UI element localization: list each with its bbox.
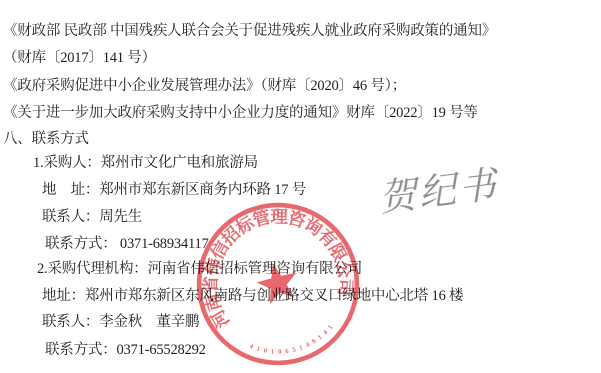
- agency-contact-line: 联系人：李金秋 董辛鹏: [42, 313, 199, 331]
- company-seal-stamp: 河南省伟信招标管理咨询有限公司 4101065149141: [194, 200, 362, 368]
- reference-line-3: 《政府采购促进中小企业发展管理办法》（财库〔2020〕46 号）；: [3, 77, 406, 95]
- reference-line-2: （财库〔2017〕141 号）: [3, 49, 156, 67]
- seal-ring: [194, 200, 362, 368]
- purchaser-contact-line: 联系人：周先生: [42, 208, 142, 226]
- handwritten-signature: 贺纪书: [379, 153, 507, 223]
- agency-phone-line: 联系方式：0371-65528292: [45, 341, 206, 359]
- svg-text:4101065149141: 4101065149141: [247, 323, 338, 365]
- purchaser-name-line: 1.采购人：郑州市文化广电和旅游局: [33, 154, 258, 172]
- reference-line-1: 《财政部 民政部 中国残疾人联合会关于促进残疾人就业政府采购政策的通知》: [3, 22, 496, 40]
- document-page: 《财政部 民政部 中国残疾人联合会关于促进残疾人就业政府采购政策的通知》 （财库…: [0, 0, 601, 373]
- seal-serial-number: 4101065149141: [247, 323, 338, 365]
- agency-address-line: 地址：郑州市郑东新区东风南路与创业路交叉口绿地中心北塔 16 楼: [42, 287, 463, 305]
- section-heading: 八、联系方式: [3, 130, 89, 148]
- agency-name-line: 2.采购代理机构：河南省伟信招标管理咨询有限公司: [37, 260, 362, 278]
- purchaser-address-line: 地 址：郑州市郑东新区商务内环路 17 号: [42, 181, 306, 199]
- purchaser-phone-line: 联系方式： 0371-68934117: [45, 235, 209, 253]
- reference-line-4: 《关于进一步加大政府采购支持中小企业力度的通知》财库〔2022〕19 号等: [3, 104, 478, 122]
